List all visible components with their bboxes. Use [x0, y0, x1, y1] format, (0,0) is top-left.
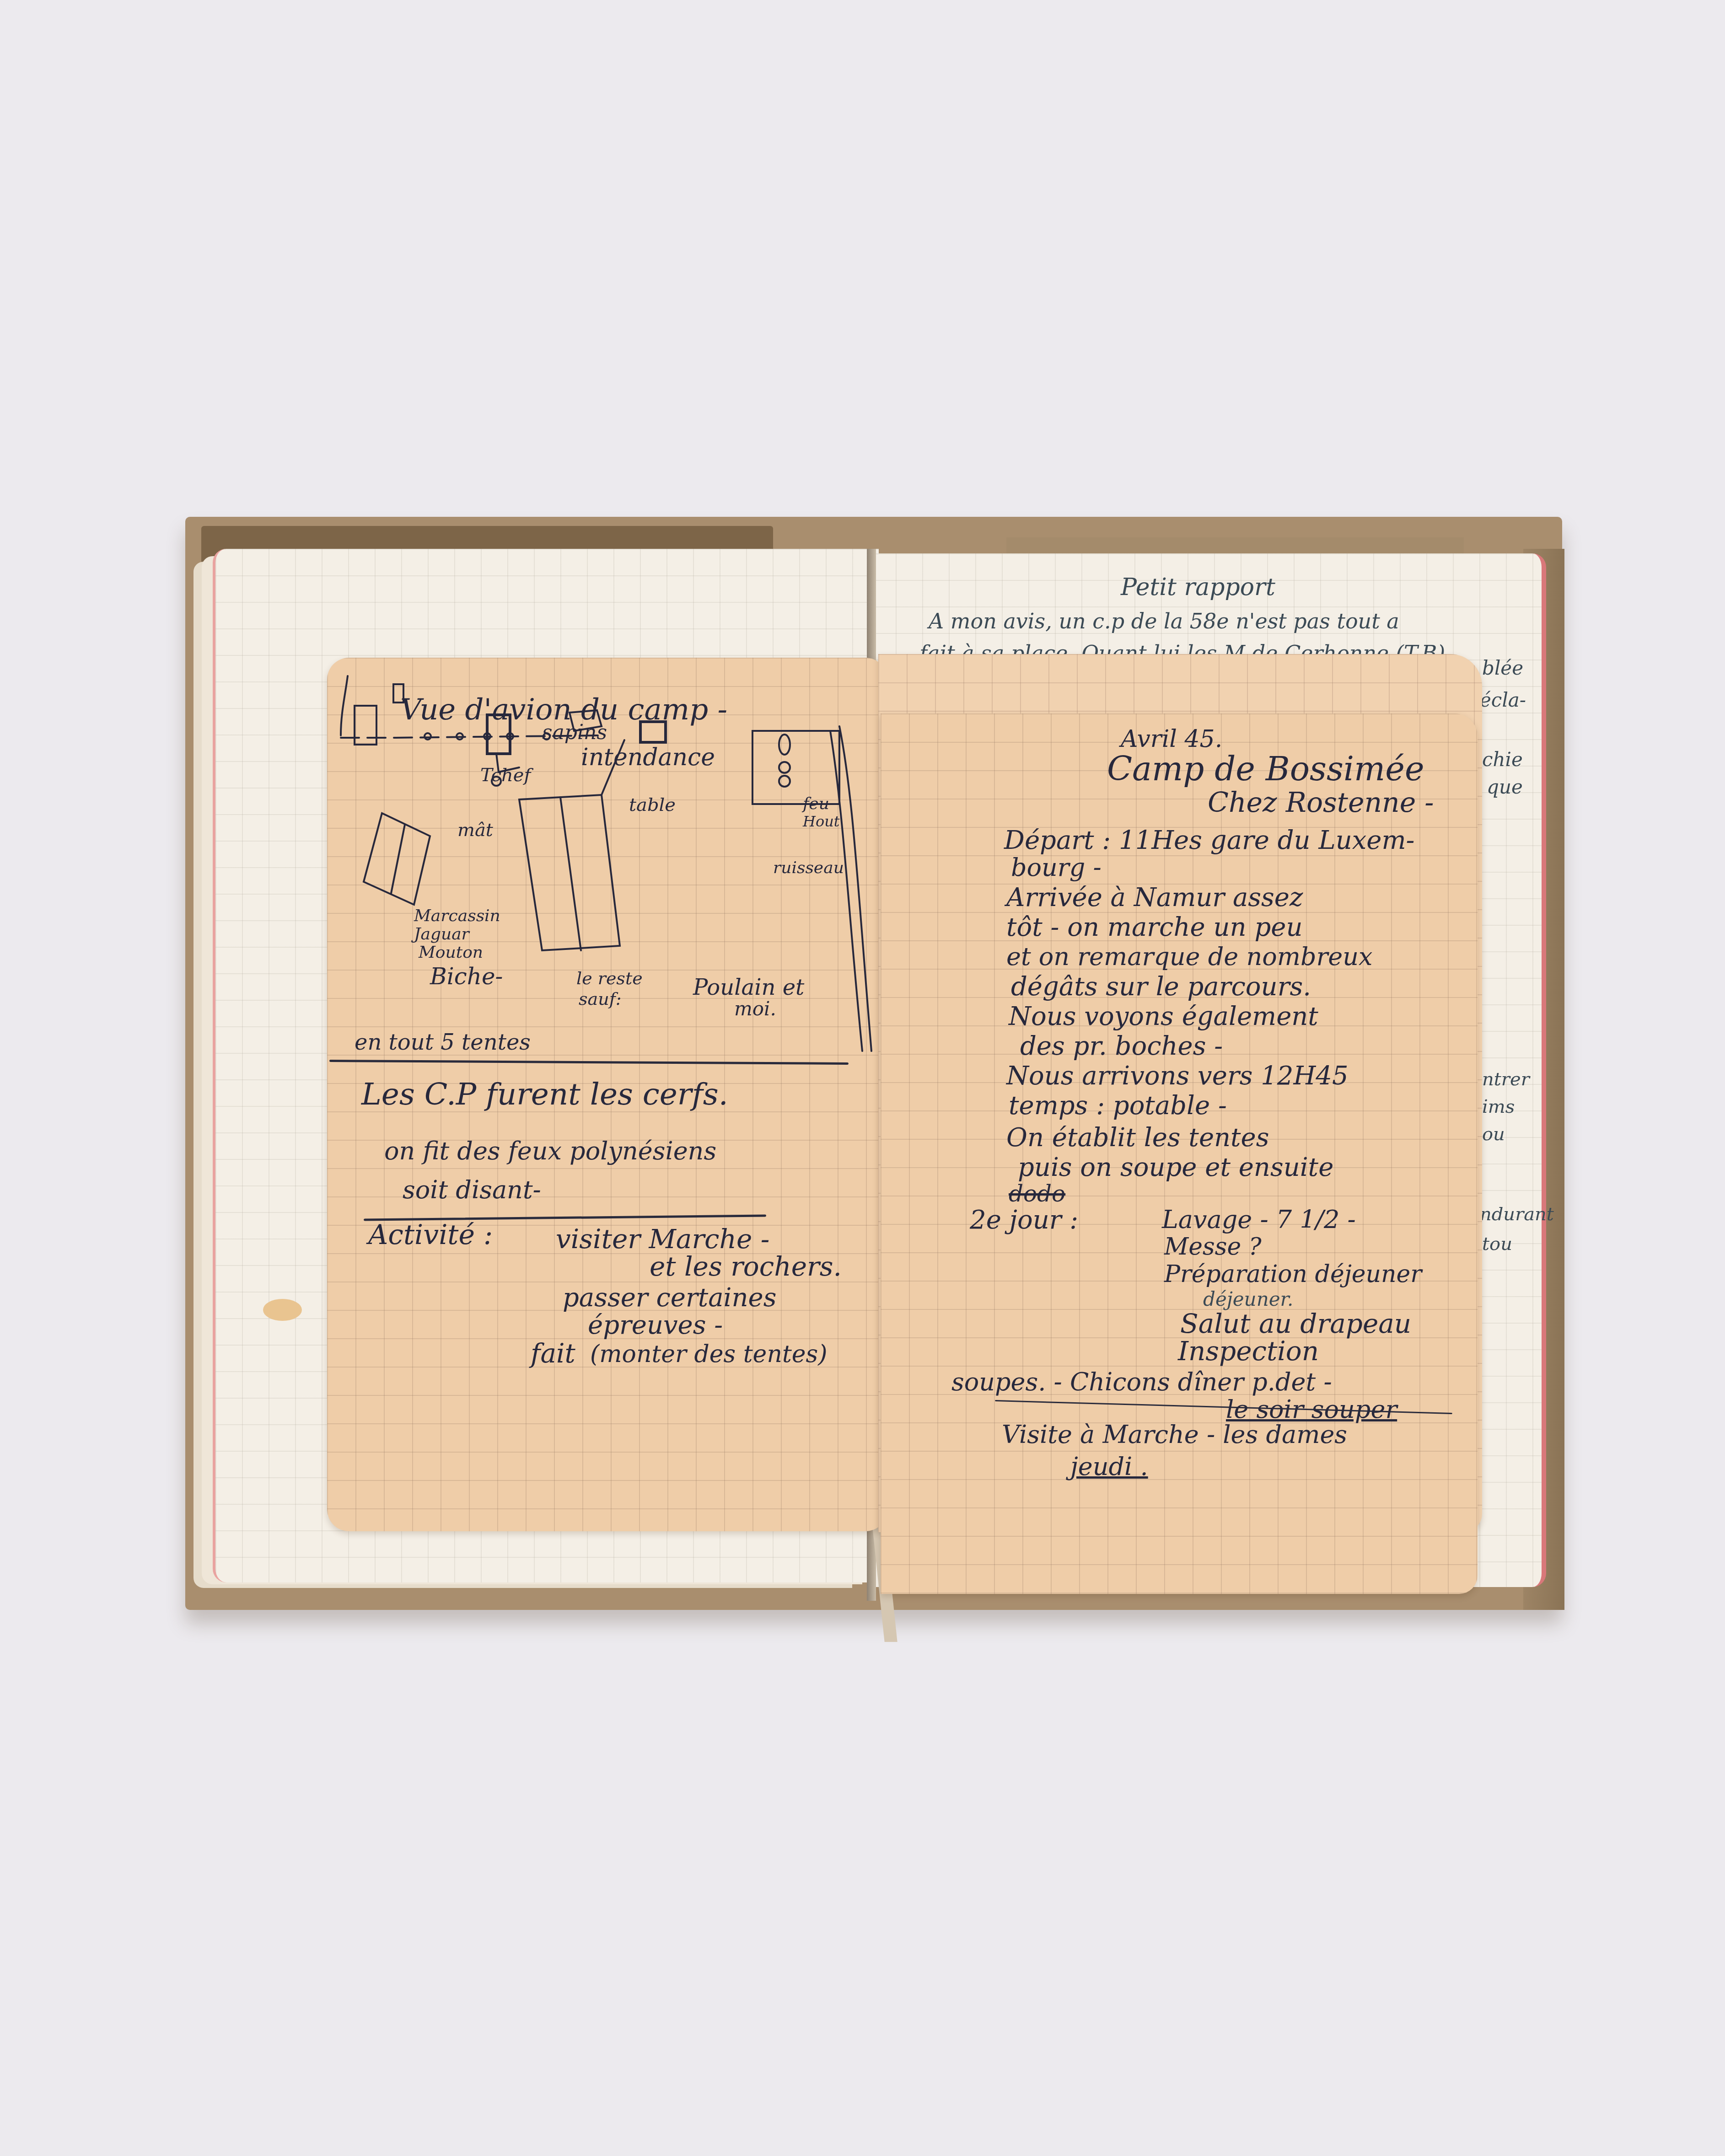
- day2-item: Inspection: [1178, 1338, 1319, 1364]
- done-label: fait: [531, 1340, 575, 1367]
- sketch-title: Vue d'avion du camp -: [400, 695, 727, 724]
- activity-line: épreuves -: [588, 1313, 723, 1338]
- entry-line: Départ : 11Hes gare du Luxem-: [1004, 828, 1414, 853]
- day2-item: Salut au drapeau: [1180, 1310, 1411, 1337]
- entry-line: dodo: [1009, 1182, 1065, 1205]
- done-text: (monter des tentes): [590, 1342, 828, 1366]
- activity-label: Activité :: [368, 1221, 493, 1249]
- margin-fragment: chie: [1482, 750, 1523, 769]
- day2-label: 2e jour :: [970, 1207, 1078, 1233]
- margin-fragment: ntrer: [1482, 1070, 1530, 1089]
- tent-count: en tout 5 tentes: [355, 1031, 531, 1053]
- margin-fragment: que: [1487, 778, 1523, 797]
- label-ruisseau: ruisseau: [773, 860, 844, 876]
- label-table: table: [629, 796, 676, 814]
- tent-name: Biche-: [430, 965, 503, 988]
- margin-fragment: tou: [1482, 1235, 1512, 1253]
- entry-line: Nous voyons également: [1009, 1004, 1318, 1030]
- day2-item: Messe ?: [1164, 1235, 1262, 1259]
- day2-item: Lavage - 7 1/2 -: [1162, 1207, 1356, 1232]
- fires-line: on fit des feux polynésiens: [384, 1139, 716, 1164]
- date: Avril 45.: [1121, 727, 1222, 751]
- label-intendance: intendance: [581, 745, 715, 769]
- margin-fragment: écla-: [1480, 691, 1526, 710]
- entry-line: dégâts sur le parcours.: [1011, 974, 1311, 1000]
- underlying-title: Petit rapport: [1121, 575, 1275, 599]
- closing-line: soupes. - Chicons dîner p.det -: [951, 1370, 1332, 1394]
- tent-name: Jaguar: [414, 926, 469, 943]
- activity-line: et les rochers.: [650, 1253, 842, 1280]
- margin-fragment: ou: [1482, 1125, 1505, 1143]
- entry-line: et on remarque de nombreux: [1006, 944, 1372, 969]
- closing-line: jeudi .: [1070, 1454, 1148, 1479]
- tent-label: sauf:: [579, 990, 622, 1008]
- tent-name: Marcassin: [414, 908, 500, 924]
- entry-line: temps : potable -: [1009, 1093, 1227, 1119]
- day2-item: Préparation déjeuner: [1164, 1262, 1422, 1286]
- entry-line: Nous arrivons vers 12H45: [1006, 1063, 1349, 1089]
- label-hout: Hout: [803, 814, 840, 829]
- activity-line: visiter Marche -: [556, 1226, 769, 1252]
- camp-subtitle: Chez Rostenne -: [1208, 789, 1434, 816]
- margin-fragment: blée: [1482, 659, 1523, 678]
- activity-line: passer certaines: [563, 1285, 776, 1311]
- closing-line: Visite à Marche - les dames: [1002, 1422, 1347, 1447]
- tent-label: moi.: [734, 999, 776, 1019]
- underlying-line-1: A mon avis, un c.p de la 58e n'est pas t…: [929, 611, 1399, 632]
- entry-line: puis on soupe et ensuite: [1018, 1155, 1333, 1180]
- entry-line: On établit les tentes: [1006, 1125, 1269, 1151]
- entry-line: tôt - on marche un peu: [1006, 915, 1302, 940]
- entry-line: Arrivée à Namur assez: [1006, 885, 1303, 911]
- label-sapins: sapins: [542, 723, 607, 743]
- label-chef: Tchef: [480, 766, 531, 784]
- margin-fragment: ims: [1482, 1098, 1515, 1116]
- margin-fragment: ndurant: [1480, 1205, 1554, 1223]
- entry-line: bourg -: [1011, 855, 1102, 880]
- tent-label: le reste: [576, 970, 643, 987]
- entry-line: des pr. boches -: [1020, 1034, 1223, 1059]
- tent-name: Mouton: [419, 944, 483, 961]
- camp-title: Camp de Bossimée: [1107, 752, 1424, 785]
- paper-stain: [263, 1299, 302, 1321]
- label-mat: mât: [457, 821, 493, 839]
- cp-line: Les C.P furent les cerfs.: [361, 1079, 728, 1110]
- day2-item: déjeuner.: [1203, 1290, 1293, 1309]
- label-feu: feu: [803, 796, 829, 812]
- tent-label: Poulain et: [693, 976, 804, 998]
- fires-line-2: soit disant-: [403, 1178, 541, 1202]
